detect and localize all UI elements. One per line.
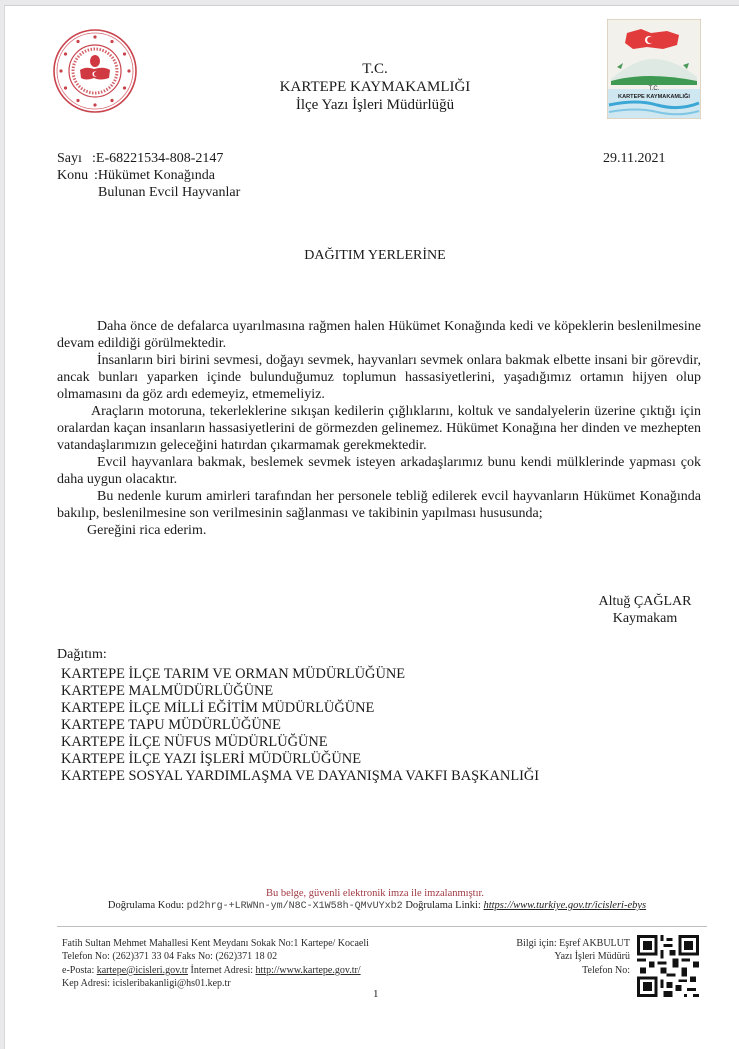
footer-info: Bilgi için: Eşref AKBULUT Yazı İşleri Mü…	[475, 937, 630, 977]
verification-line: Doğrulama Kodu: pd2hrg-+LRWNn-ym/N8C-X1W…	[47, 900, 707, 912]
signatory-title: Kaymakam	[565, 610, 725, 627]
header-institution: KARTEPE KAYMAKAMLIĞI	[205, 78, 545, 96]
distribution-item: KARTEPE İLÇE TARIM VE ORMAN MÜDÜRLÜĞÜNE	[61, 666, 539, 683]
distribution-item: KARTEPE TAPU MÜDÜRLÜĞÜNE	[61, 717, 539, 734]
body-paragraph: Daha önce de defalarca uyarılmasına rağm…	[57, 318, 701, 352]
letter-body: Daha önce de defalarca uyarılmasına rağm…	[57, 318, 701, 539]
body-paragraph: Evcil hayvanlara bakmak, beslemek sevmek…	[57, 454, 701, 488]
header-department: İlçe Yazı İşleri Müdürlüğü	[205, 96, 545, 114]
verification-code: pd2hrg-+LRWNn-ym/N8C-X1W58h-QMvUYxb2	[187, 901, 403, 912]
document-subject: Konu:Hükümet Konağında	[57, 167, 215, 184]
header-tc: T.C.	[205, 60, 545, 78]
email-link[interactable]: kartepe@icisleri.gov.tr	[97, 965, 188, 976]
distribution-list: KARTEPE İLÇE TARIM VE ORMAN MÜDÜRLÜĞÜNE …	[61, 666, 539, 785]
footer-divider	[57, 926, 707, 927]
kartepe-kaymakamligi-logo-icon: T.C. KARTEPE KAYMAKAMLIĞI	[607, 19, 701, 119]
website-link[interactable]: http://www.kartepe.gov.tr/	[256, 965, 361, 976]
footer-contact: Fatih Sultan Mehmet Mahallesi Kent Meyda…	[62, 937, 369, 991]
sayi-value: :E-68221534-808-2147	[92, 151, 223, 166]
footer-address: Fatih Sultan Mehmet Mahallesi Kent Meyda…	[62, 937, 369, 950]
body-paragraph: Araçların motoruna, tekerleklerine sıkış…	[57, 403, 701, 454]
info-contact-phone: Telefon No:	[475, 964, 630, 977]
letterhead: T.C. KARTEPE KAYMAKAMLIĞI İlçe Yazı İşle…	[205, 60, 545, 114]
esign-notice: Bu belge, güvenli elektronik imza ile im…	[125, 888, 625, 899]
footer-kep: Kep Adresi: icisleribakanligi@hs01.kep.t…	[62, 977, 369, 990]
signature-block: Altuğ ÇAĞLAR Kaymakam	[565, 593, 725, 627]
document-number: Sayı:E-68221534-808-2147	[57, 150, 223, 167]
info-contact-name: Bilgi için: Eşref AKBULUT	[475, 937, 630, 950]
distribution-item: KARTEPE SOSYAL YARDIMLAŞMA VE DAYANIŞMA …	[61, 768, 539, 785]
qr-code-icon	[637, 935, 699, 997]
verification-link[interactable]: https://www.turkiye.gov.tr/icisleri-ebys	[483, 900, 646, 911]
svg-text:KARTEPE KAYMAKAMLIĞI: KARTEPE KAYMAKAMLIĞI	[618, 92, 690, 100]
body-closing: Gereğini rica ederim.	[57, 522, 701, 539]
body-paragraph: Bu nedenle kurum amirleri tarafından her…	[57, 488, 701, 522]
info-contact-title: Yazı İşleri Müdürü	[475, 950, 630, 963]
verification-link-label: Doğrulama Linki:	[405, 900, 481, 911]
konu-label: Konu	[57, 167, 94, 184]
konu-value: :Hükümet Konağında	[94, 168, 215, 183]
document-page: T.C. KARTEPE KAYMAKAMLIĞI İlçe Yazı İşle…	[4, 5, 739, 1049]
distribution-item: KARTEPE İLÇE NÜFUS MÜDÜRLÜĞÜNE	[61, 734, 539, 751]
sayi-label: Sayı	[57, 150, 92, 167]
addressee: DAĞITIM YERLERİNE	[205, 248, 545, 264]
page-number: 1	[373, 988, 379, 1000]
svg-text:T.C.: T.C.	[649, 86, 660, 92]
signatory-name: Altuğ ÇAĞLAR	[565, 593, 725, 610]
interior-ministry-seal-icon	[52, 28, 138, 114]
distribution-label: Dağıtım:	[57, 647, 107, 663]
verification-code-label: Doğrulama Kodu:	[108, 900, 184, 911]
footer-phone-fax: Telefon No: (262)371 33 04 Faks No: (262…	[62, 950, 369, 963]
document-date: 29.11.2021	[603, 150, 665, 167]
distribution-item: KARTEPE İLÇE YAZI İŞLERİ MÜDÜRLÜĞÜNE	[61, 751, 539, 768]
body-paragraph: İnsanların biri birini sevmesi, doğayı s…	[57, 352, 701, 403]
document-subject-line2: Bulunan Evcil Hayvanlar	[98, 184, 240, 201]
distribution-item: KARTEPE İLÇE MİLLİ EĞİTİM MÜDÜRLÜĞÜNE	[61, 700, 539, 717]
distribution-item: KARTEPE MALMÜDÜRLÜĞÜNE	[61, 683, 539, 700]
footer-email-web: e-Posta: kartepe@icisleri.gov.tr İnterne…	[62, 964, 369, 977]
